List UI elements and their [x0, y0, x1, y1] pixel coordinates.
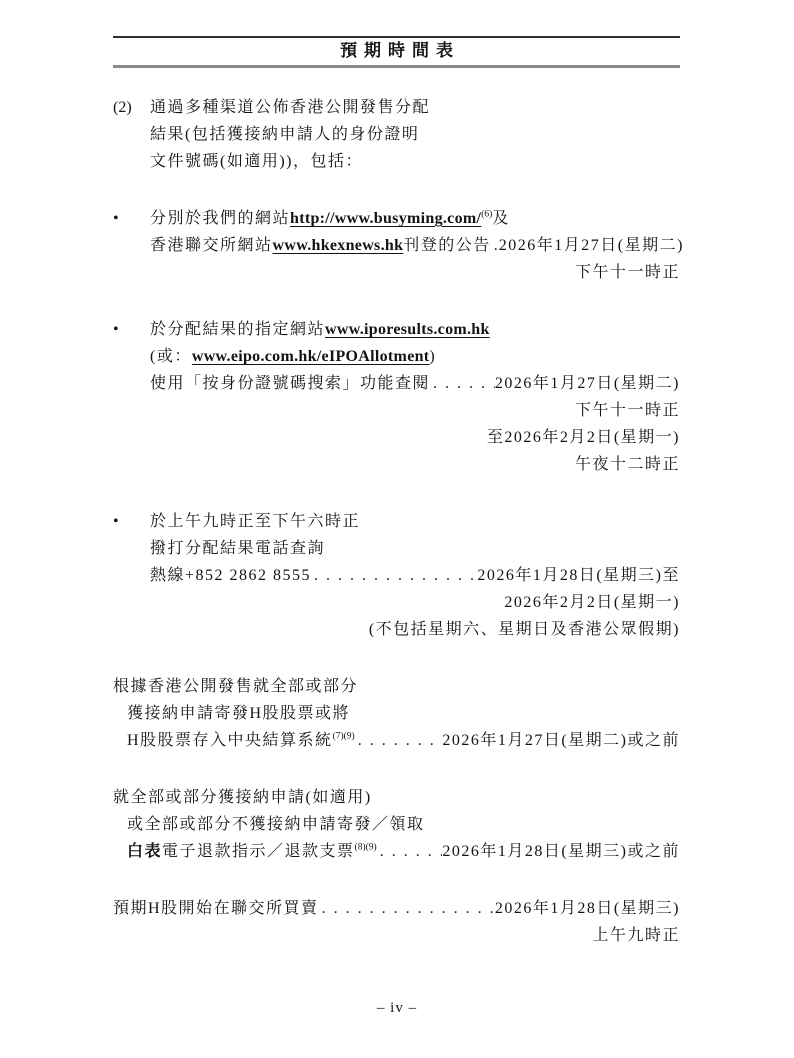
row-text: 就全部或部分獲接納申請(如適用) — [113, 789, 372, 806]
dot-leader: . . . . . . . . . . . . . . . . . . . . … — [491, 232, 499, 259]
entry-row-text: 分別於我們的網站http://www.busyming.com/(6)及 — [150, 205, 680, 232]
date-text: 2026年1月27日(星期二) — [499, 232, 684, 259]
bullet-marker: • — [113, 508, 119, 535]
body-text: H股股票存入中央結算系統 — [127, 732, 333, 749]
timetable-entry: •於分配結果的指定網站www.iporesults.com.hk(或：www.e… — [113, 316, 680, 478]
date-text: 2026年1月28日(星期三)或之前 — [442, 838, 680, 865]
url-text: www.eipo.com.hk/eIPOAllotment — [192, 348, 430, 365]
body-text: ) — [429, 348, 436, 365]
entry-row-right: 下午十一時正 — [150, 397, 680, 424]
body-text: 預期H股開始在聯交所買賣 — [113, 900, 319, 917]
body-text: 熱線+852 2862 8555 — [150, 567, 311, 584]
body-text: 獲接納申請寄發H股股票或將 — [127, 705, 350, 722]
item-number-marker: (2) — [113, 94, 132, 121]
footnote-ref: (7)(9) — [333, 732, 355, 742]
row-text: H股股票存入中央結算系統(7)(9) — [127, 727, 355, 754]
dot-leader: . . . . . . . . . . . . . . . . . . . . … — [430, 370, 495, 397]
timetable-entry: 就全部或部分獲接納申請(如適用)或全部或部分不獲接納申請寄發／領取白表電子退款指… — [113, 784, 680, 865]
header-rule-bottom — [113, 65, 680, 68]
entry-row-right: 下午十一時正 — [150, 259, 680, 286]
bullet-marker: • — [113, 316, 119, 343]
entry-row-right: (不包括星期六、星期日及香港公眾假期) — [150, 616, 680, 643]
entry-row-text: 於上午九時正至下午六時正 — [150, 508, 680, 535]
entry-row-text: 撥打分配結果電話查詢 — [150, 535, 680, 562]
body-text: 通過多種渠道公佈香港公開發售分配 — [150, 99, 430, 116]
footnote-ref: (8)(9) — [355, 843, 377, 853]
body-text: 使用「按身份證號碼搜索」功能查閱 — [150, 375, 430, 392]
body-text: 香港聯交所網站 — [150, 237, 273, 254]
row-text: 白表電子退款指示／退款支票(8)(9) — [127, 838, 377, 865]
row-text: 熱線+852 2862 8555 — [150, 562, 311, 589]
entry-row-text: 獲接納申請寄發H股股票或將 — [113, 700, 680, 727]
dot-leader: . . . . . . . . . . . . . . . . . . . . … — [377, 838, 443, 865]
page-content: 預期時間表 (2)通過多種渠道公佈香港公開發售分配結果(包括獲接納申請人的身份證… — [113, 36, 680, 949]
timetable: (2)通過多種渠道公佈香港公開發售分配結果(包括獲接納申請人的身份證明文件號碼(… — [113, 94, 680, 949]
row-text: 於上午九時正至下午六時正 — [150, 513, 360, 530]
body-text: 刊登的公告 — [403, 237, 491, 254]
row-text: 通過多種渠道公佈香港公開發售分配 — [150, 99, 430, 116]
row-text: 結果(包括獲接納申請人的身份證明 — [150, 126, 419, 143]
page-number: – iv – — [0, 1000, 794, 1017]
body-text: 就全部或部分獲接納申請(如適用) — [113, 789, 372, 806]
entry-row-leader: 預期H股開始在聯交所買賣. . . . . . . . . . . . . . … — [113, 895, 680, 922]
timetable-entry: •分別於我們的網站http://www.busyming.com/(6)及香港聯… — [113, 205, 680, 286]
page-title: 預期時間表 — [113, 38, 680, 65]
entry-row-leader: H股股票存入中央結算系統(7)(9). . . . . . . . . . . … — [113, 727, 680, 754]
date-text: 2026年1月28日(星期三)至 — [477, 562, 680, 589]
entry-row-text: 結果(包括獲接納申請人的身份證明 — [150, 121, 680, 148]
date-text: 2026年1月28日(星期三) — [495, 895, 680, 922]
body-text: 於分配結果的指定網站 — [150, 321, 325, 338]
timetable-entry: (2)通過多種渠道公佈香港公開發售分配結果(包括獲接納申請人的身份證明文件號碼(… — [113, 94, 680, 175]
bullet-marker: • — [113, 205, 119, 232]
row-text: 或全部或部分不獲接納申請寄發／領取 — [127, 816, 425, 833]
body-text: 撥打分配結果電話查詢 — [150, 540, 325, 557]
dot-leader: . . . . . . . . . . . . . . . . . . . . … — [355, 727, 443, 754]
timetable-entry: 根據香港公開發售就全部或部分獲接納申請寄發H股股票或將H股股票存入中央結算系統(… — [113, 673, 680, 754]
entry-row-text: (或：www.eipo.com.hk/eIPOAllotment) — [150, 343, 680, 370]
date-text: 2026年1月27日(星期二) — [495, 370, 680, 397]
body-text: 白表 — [127, 843, 162, 860]
timetable-entry: 預期H股開始在聯交所買賣. . . . . . . . . . . . . . … — [113, 895, 680, 949]
entry-row-right: 午夜十二時正 — [150, 451, 680, 478]
url-text: www.hkexnews.hk — [273, 237, 404, 254]
row-text: (或：www.eipo.com.hk/eIPOAllotment) — [150, 348, 436, 365]
entry-row-text: 文件號碼(如適用))，包括： — [150, 148, 680, 175]
row-text: 文件號碼(如適用))，包括： — [150, 153, 363, 170]
body-text: 於上午九時正至下午六時正 — [150, 513, 360, 530]
entry-row-right: 至2026年2月2日(星期一) — [150, 424, 680, 451]
entry-row-text: 通過多種渠道公佈香港公開發售分配 — [150, 94, 680, 121]
entry-row-text: 根據香港公開發售就全部或部分 — [113, 673, 680, 700]
body-text: (或： — [150, 348, 192, 365]
entry-row-text: 或全部或部分不獲接納申請寄發／領取 — [113, 811, 680, 838]
entry-row-right: 2026年2月2日(星期一) — [150, 589, 680, 616]
row-text: 於分配結果的指定網站www.iporesults.com.hk — [150, 321, 490, 338]
row-text: 香港聯交所網站www.hkexnews.hk刊登的公告 — [150, 232, 491, 259]
row-text: 預期H股開始在聯交所買賣 — [113, 895, 319, 922]
row-text: 獲接納申請寄發H股股票或將 — [127, 705, 350, 722]
url-text: www.iporesults.com.hk — [325, 321, 490, 338]
url-text: http://www.busyming.com/ — [290, 210, 481, 227]
body-text: 分別於我們的網站 — [150, 210, 290, 227]
entry-row-leader: 使用「按身份證號碼搜索」功能查閱. . . . . . . . . . . . … — [150, 370, 680, 397]
document-page: 預期時間表 (2)通過多種渠道公佈香港公開發售分配結果(包括獲接納申請人的身份證… — [0, 0, 794, 1058]
row-text: 撥打分配結果電話查詢 — [150, 540, 325, 557]
date-text: 2026年1月27日(星期二)或之前 — [442, 727, 680, 754]
entry-row-text: 就全部或部分獲接納申請(如適用) — [113, 784, 680, 811]
row-text: 根據香港公開發售就全部或部分 — [113, 678, 358, 695]
entry-row-leader: 白表電子退款指示／退款支票(8)(9). . . . . . . . . . .… — [113, 838, 680, 865]
body-text: 或全部或部分不獲接納申請寄發／領取 — [127, 816, 425, 833]
footnote-ref: (6) — [481, 210, 492, 220]
entry-row-text: 於分配結果的指定網站www.iporesults.com.hk — [150, 316, 680, 343]
row-text: 分別於我們的網站http://www.busyming.com/(6)及 — [150, 210, 510, 227]
entry-row-leader: 香港聯交所網站www.hkexnews.hk刊登的公告. . . . . . .… — [150, 232, 680, 259]
entry-row-leader: 熱線+852 2862 8555. . . . . . . . . . . . … — [150, 562, 680, 589]
row-text: 使用「按身份證號碼搜索」功能查閱 — [150, 370, 430, 397]
page-header: 預期時間表 — [113, 36, 680, 68]
body-text: 及 — [492, 210, 510, 227]
dot-leader: . . . . . . . . . . . . . . . . . . . . … — [311, 562, 477, 589]
body-text: 根據香港公開發售就全部或部分 — [113, 678, 358, 695]
entry-row-right: 上午九時正 — [113, 922, 680, 949]
dot-leader: . . . . . . . . . . . . . . . . . . . . … — [319, 895, 495, 922]
timetable-entry: •於上午九時正至下午六時正撥打分配結果電話查詢熱線+852 2862 8555.… — [113, 508, 680, 643]
body-text: 電子退款指示／退款支票 — [162, 843, 355, 860]
body-text: 文件號碼(如適用))，包括： — [150, 153, 363, 170]
body-text: 結果(包括獲接納申請人的身份證明 — [150, 126, 419, 143]
